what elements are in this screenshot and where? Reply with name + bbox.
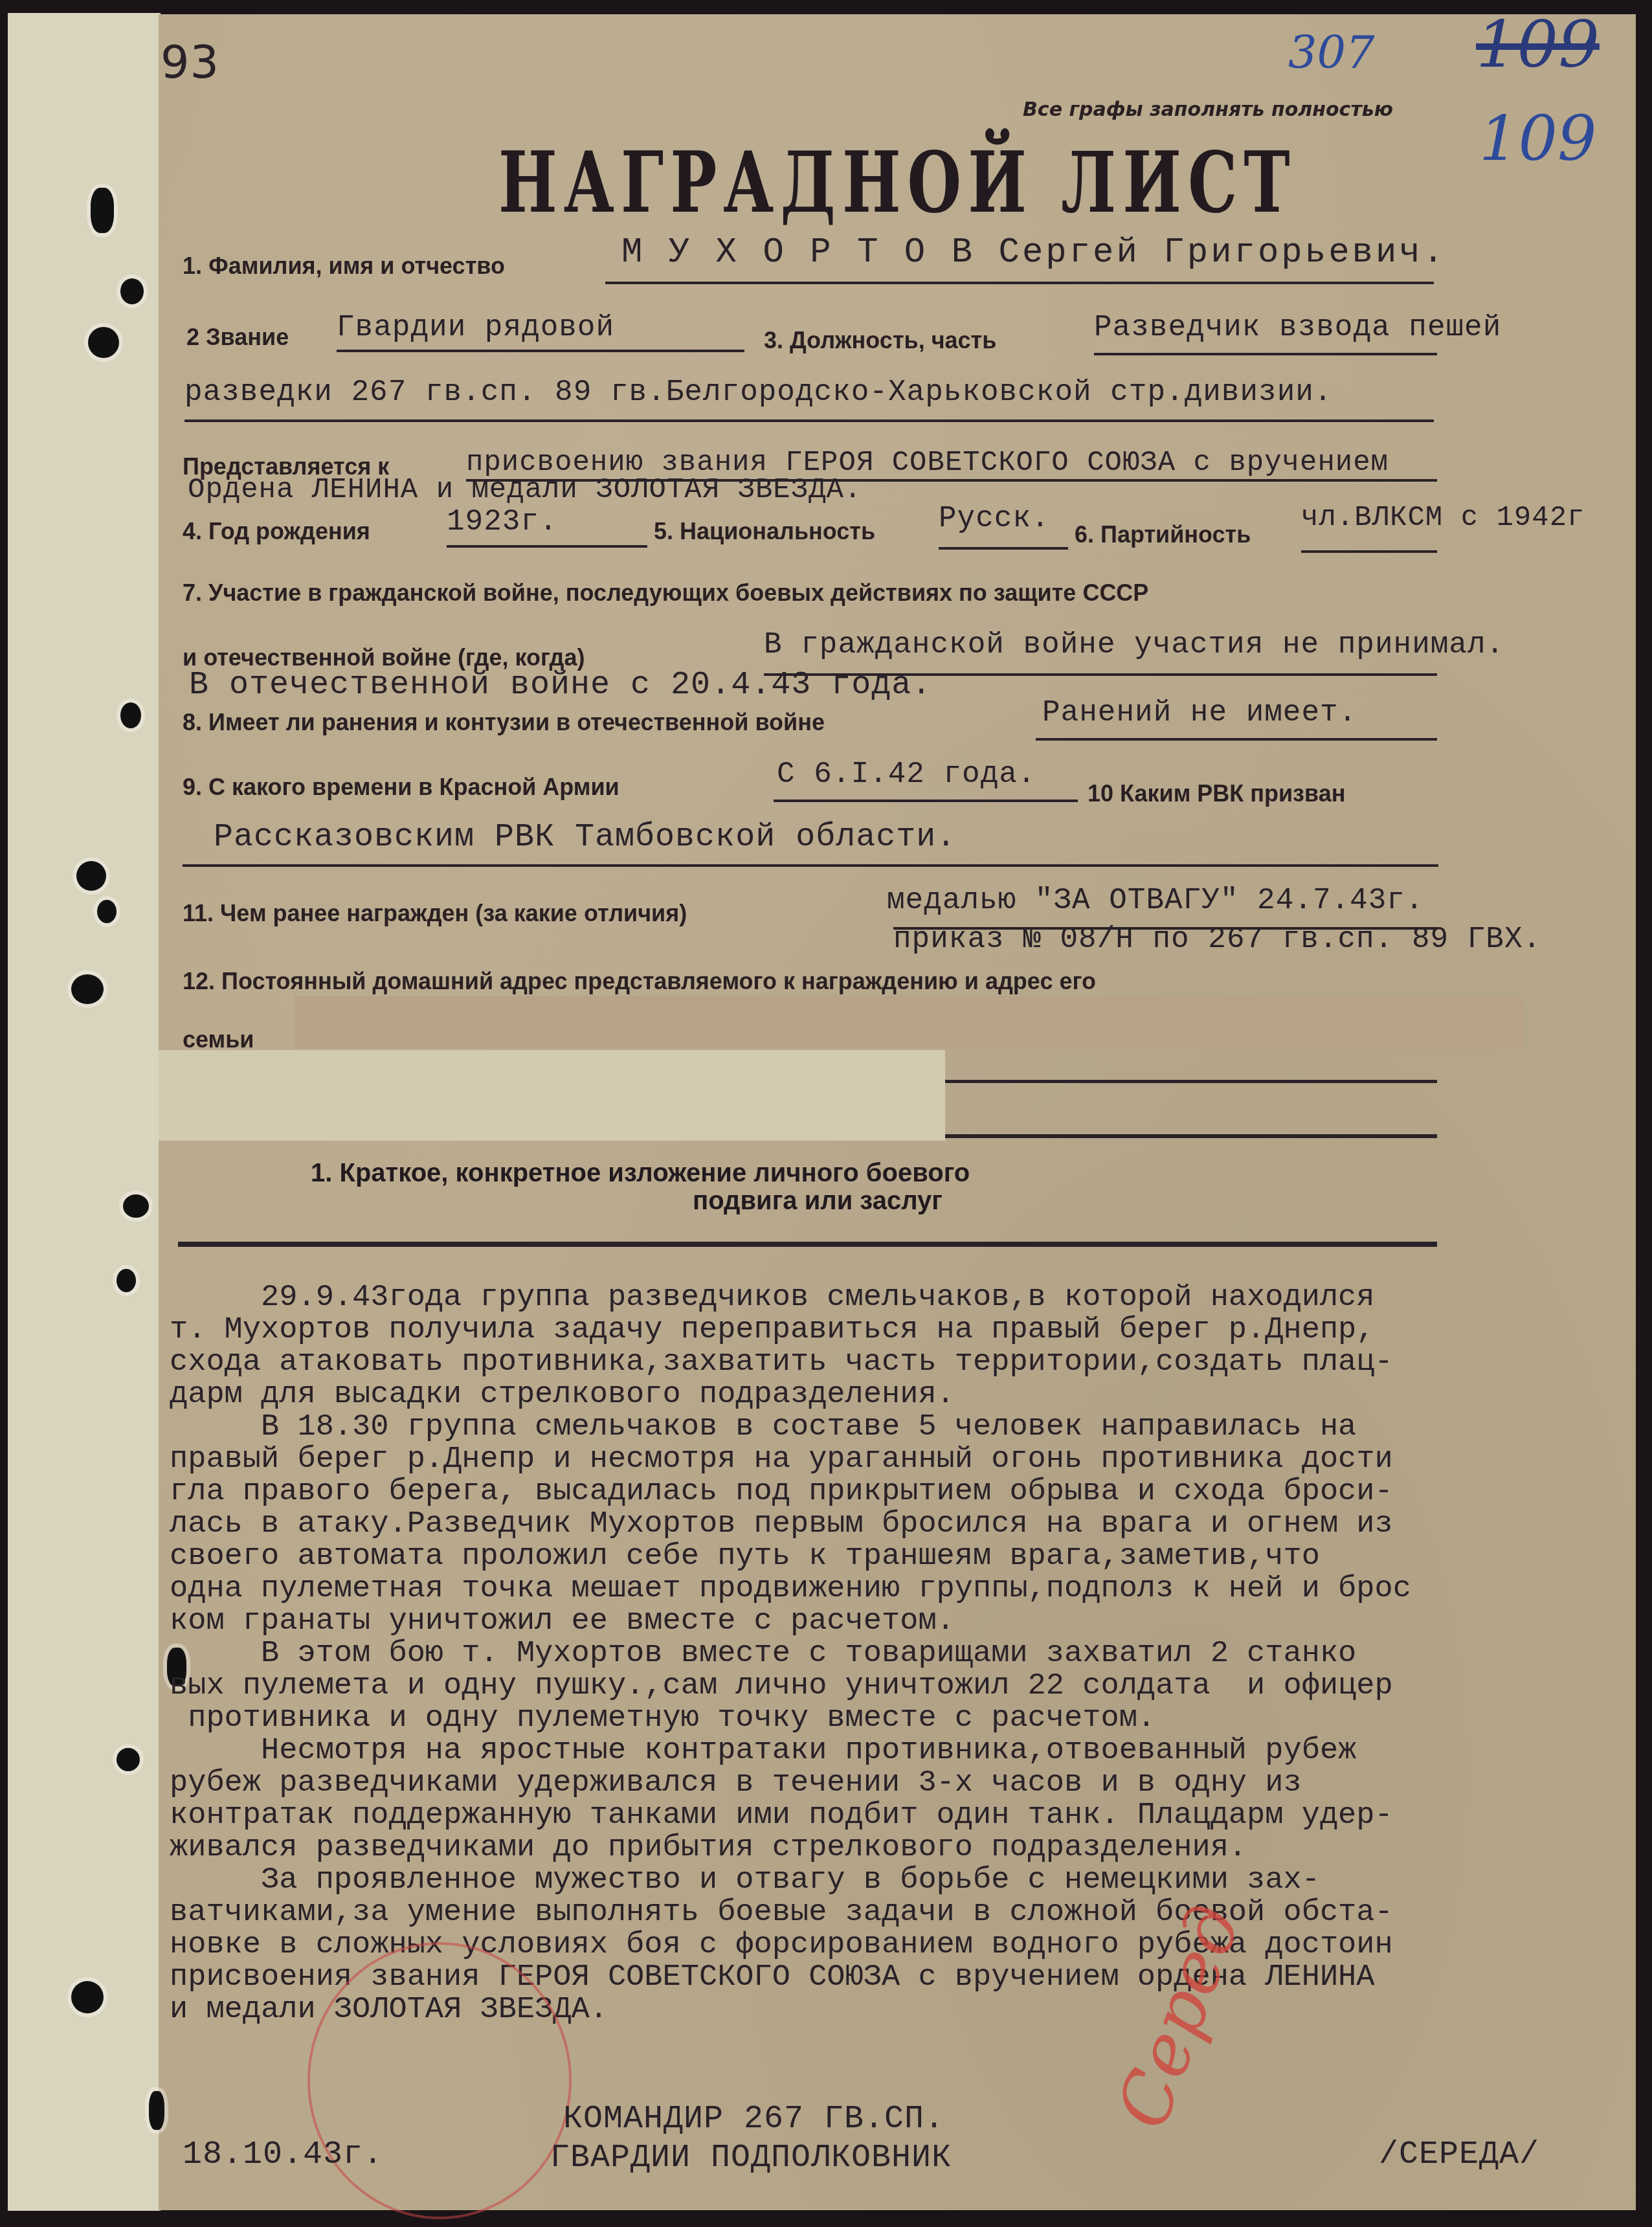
narrative-line: рубеж разведчиками удерживался в течении…: [170, 1767, 1411, 1800]
field-7-civil-war: В гражданской войне участия не принимал.: [764, 628, 1504, 662]
section-divider: [178, 1242, 1437, 1247]
underline: [1301, 550, 1437, 553]
narrative-line: правый берег р.Днепр и несмотря на урага…: [170, 1444, 1411, 1476]
field-12-label: 12. Постоянный домашний адрес представля…: [183, 968, 1096, 995]
field-5-label: 5. Национальность: [654, 518, 875, 545]
field-6-label: 6. Партийность: [1075, 521, 1251, 548]
narrative-line: За проявленное мужество и отвагу в борьб…: [170, 1864, 1411, 1897]
left-margin-strip: [8, 13, 161, 2211]
field-10-label: 10 Каким РВК призван: [1088, 780, 1345, 807]
field-5-nationality: Русск.: [939, 502, 1050, 535]
punch-hole: [71, 974, 104, 1004]
punch-hole: [120, 278, 144, 304]
punch-hole: [117, 1748, 140, 1771]
field-12-label-cont: семьи: [183, 1026, 254, 1053]
narrative-line: схода атаковать противника,захватить час…: [170, 1347, 1411, 1379]
field-6-party: чл.ВЛКСМ с 1942г: [1301, 502, 1585, 534]
underline: [939, 547, 1068, 550]
underline: [1094, 353, 1437, 355]
field-8-label: 8. Имеет ли ранения и контузии в отечест…: [183, 709, 825, 736]
nomination-award-cont: Ордена ЛЕНИНА и медали ЗОЛОТАЯ ЗВЕЗДА.: [188, 474, 862, 506]
underline: [945, 1134, 1437, 1138]
field-11-order: приказ № 08/Н по 267 гв.сп. 89 ГВХ.: [893, 923, 1541, 956]
narrative-line: т. Мухортов получила задачу переправитьс…: [170, 1314, 1411, 1347]
narrative-line: ком гранаты уничтожил ее вместе с расчет…: [170, 1606, 1411, 1638]
narrative-line: 29.9.43года группа разведчиков смельчако…: [170, 1282, 1411, 1314]
narrative-line: лась в атаку.Разведчик Мухортов первым б…: [170, 1508, 1411, 1541]
underline: [184, 420, 1434, 422]
narrative-line: своего автомата проложил себе путь к тра…: [170, 1541, 1411, 1573]
section-heading-line-1: 1. Краткое, конкретное изложение личного…: [311, 1159, 970, 1188]
punch-hole: [149, 2091, 164, 2130]
signatory-title-2: ГВАРДИИ ПОДПОЛКОВНИК: [550, 2140, 952, 2177]
underline: [605, 282, 1434, 284]
punch-hole: [117, 1269, 136, 1292]
punch-hole: [76, 861, 106, 891]
footer-date: 18.10.43г.: [183, 2136, 383, 2173]
field-10-draft-office: Рассказовским РВК Тамбовской области.: [214, 819, 956, 856]
instruction-note: Все графы заполнять полностью: [1023, 98, 1393, 121]
signatory-name: /СЕРЕДА/: [1379, 2136, 1539, 2173]
field-1-full-name: М У Х О Р Т О В Сергей Григорьевич.: [621, 233, 1446, 273]
punch-hole: [88, 327, 119, 358]
punch-hole: [91, 188, 114, 233]
field-11-label: 11. Чем ранее награжден (за какие отличи…: [183, 900, 687, 927]
narrative-line: дарм для высадки стрелкового подразделен…: [170, 1379, 1411, 1411]
underline: [183, 864, 1438, 867]
underline: [1036, 738, 1437, 741]
document-title: НАГРАДНОЙ ЛИСТ: [498, 133, 1297, 232]
underline: [337, 350, 744, 352]
margin-page-number: 93: [161, 36, 219, 89]
underline: [447, 545, 647, 548]
seal-stamp: [307, 1942, 572, 2219]
field-9-service-start: С 6.I.42 года.: [777, 757, 1036, 791]
narrative-line: одна пулеметная точка мешает продвижению…: [170, 1573, 1411, 1606]
field-11-prior-award: медалью "ЗА ОТВАГУ" 24.7.43г.: [887, 884, 1424, 917]
archive-number-109: 109: [1479, 104, 1596, 175]
field-3-position: Разведчик взвода пешей: [1094, 311, 1501, 344]
signatory-title-1: КОМАНДИР 267 ГВ.СП.: [563, 2101, 944, 2138]
narrative-line: вых пулемета и одну пушку.,сам лично уни…: [170, 1670, 1411, 1703]
field-2-rank: Гвардии рядовой: [337, 311, 614, 344]
field-3-unit: разведки 267 гв.сп. 89 гв.Белгородско-Ха…: [184, 375, 1332, 409]
archive-number-109-struck: 109: [1476, 6, 1600, 82]
narrative-line: гла правого берега, высадилась под прикр…: [170, 1476, 1411, 1508]
punch-hole: [71, 1981, 104, 2013]
redacted-block: [159, 1050, 945, 1141]
field-9-label: 9. С какого времени в Красной Армии: [183, 774, 619, 801]
narrative-line: контратак поддержанную танками ими подби…: [170, 1800, 1411, 1832]
field-1-label: 1. Фамилия, имя и отчество: [183, 252, 505, 280]
field-7-label: 7. Участие в гражданской войне, последую…: [183, 579, 1148, 607]
punch-hole: [120, 702, 141, 728]
narrative-line: Несмотря на яростные контратаки противни…: [170, 1735, 1411, 1767]
field-4-label: 4. Год рождения: [183, 518, 370, 545]
underline: [774, 800, 1078, 802]
redacted-address: [295, 996, 1524, 1049]
punch-hole: [97, 900, 117, 923]
section-heading-line-2: подвига или заслуг: [693, 1187, 943, 1216]
narrative-line: противника и одну пулеметную точку вмест…: [170, 1703, 1411, 1735]
underline: [945, 1080, 1437, 1083]
archive-number-307: 307: [1288, 26, 1375, 79]
narrative-line: В 18.30 группа смельчаков в составе 5 че…: [170, 1411, 1411, 1444]
field-7-patriotic-war: В отечественной войне с 20.4.43 года.: [189, 667, 932, 704]
field-3-label: 3. Должность, часть: [764, 327, 996, 354]
field-2-label: 2 Звание: [186, 324, 289, 351]
narrative-line: живался разведчиками до прибытия стрелко…: [170, 1832, 1411, 1864]
narrative-line: В этом бою т. Мухортов вместе с товарища…: [170, 1638, 1411, 1670]
field-8-wounds: Ранений не имеет.: [1042, 696, 1357, 730]
field-4-birth-year: 1923г.: [447, 505, 558, 539]
punch-hole: [123, 1194, 149, 1218]
